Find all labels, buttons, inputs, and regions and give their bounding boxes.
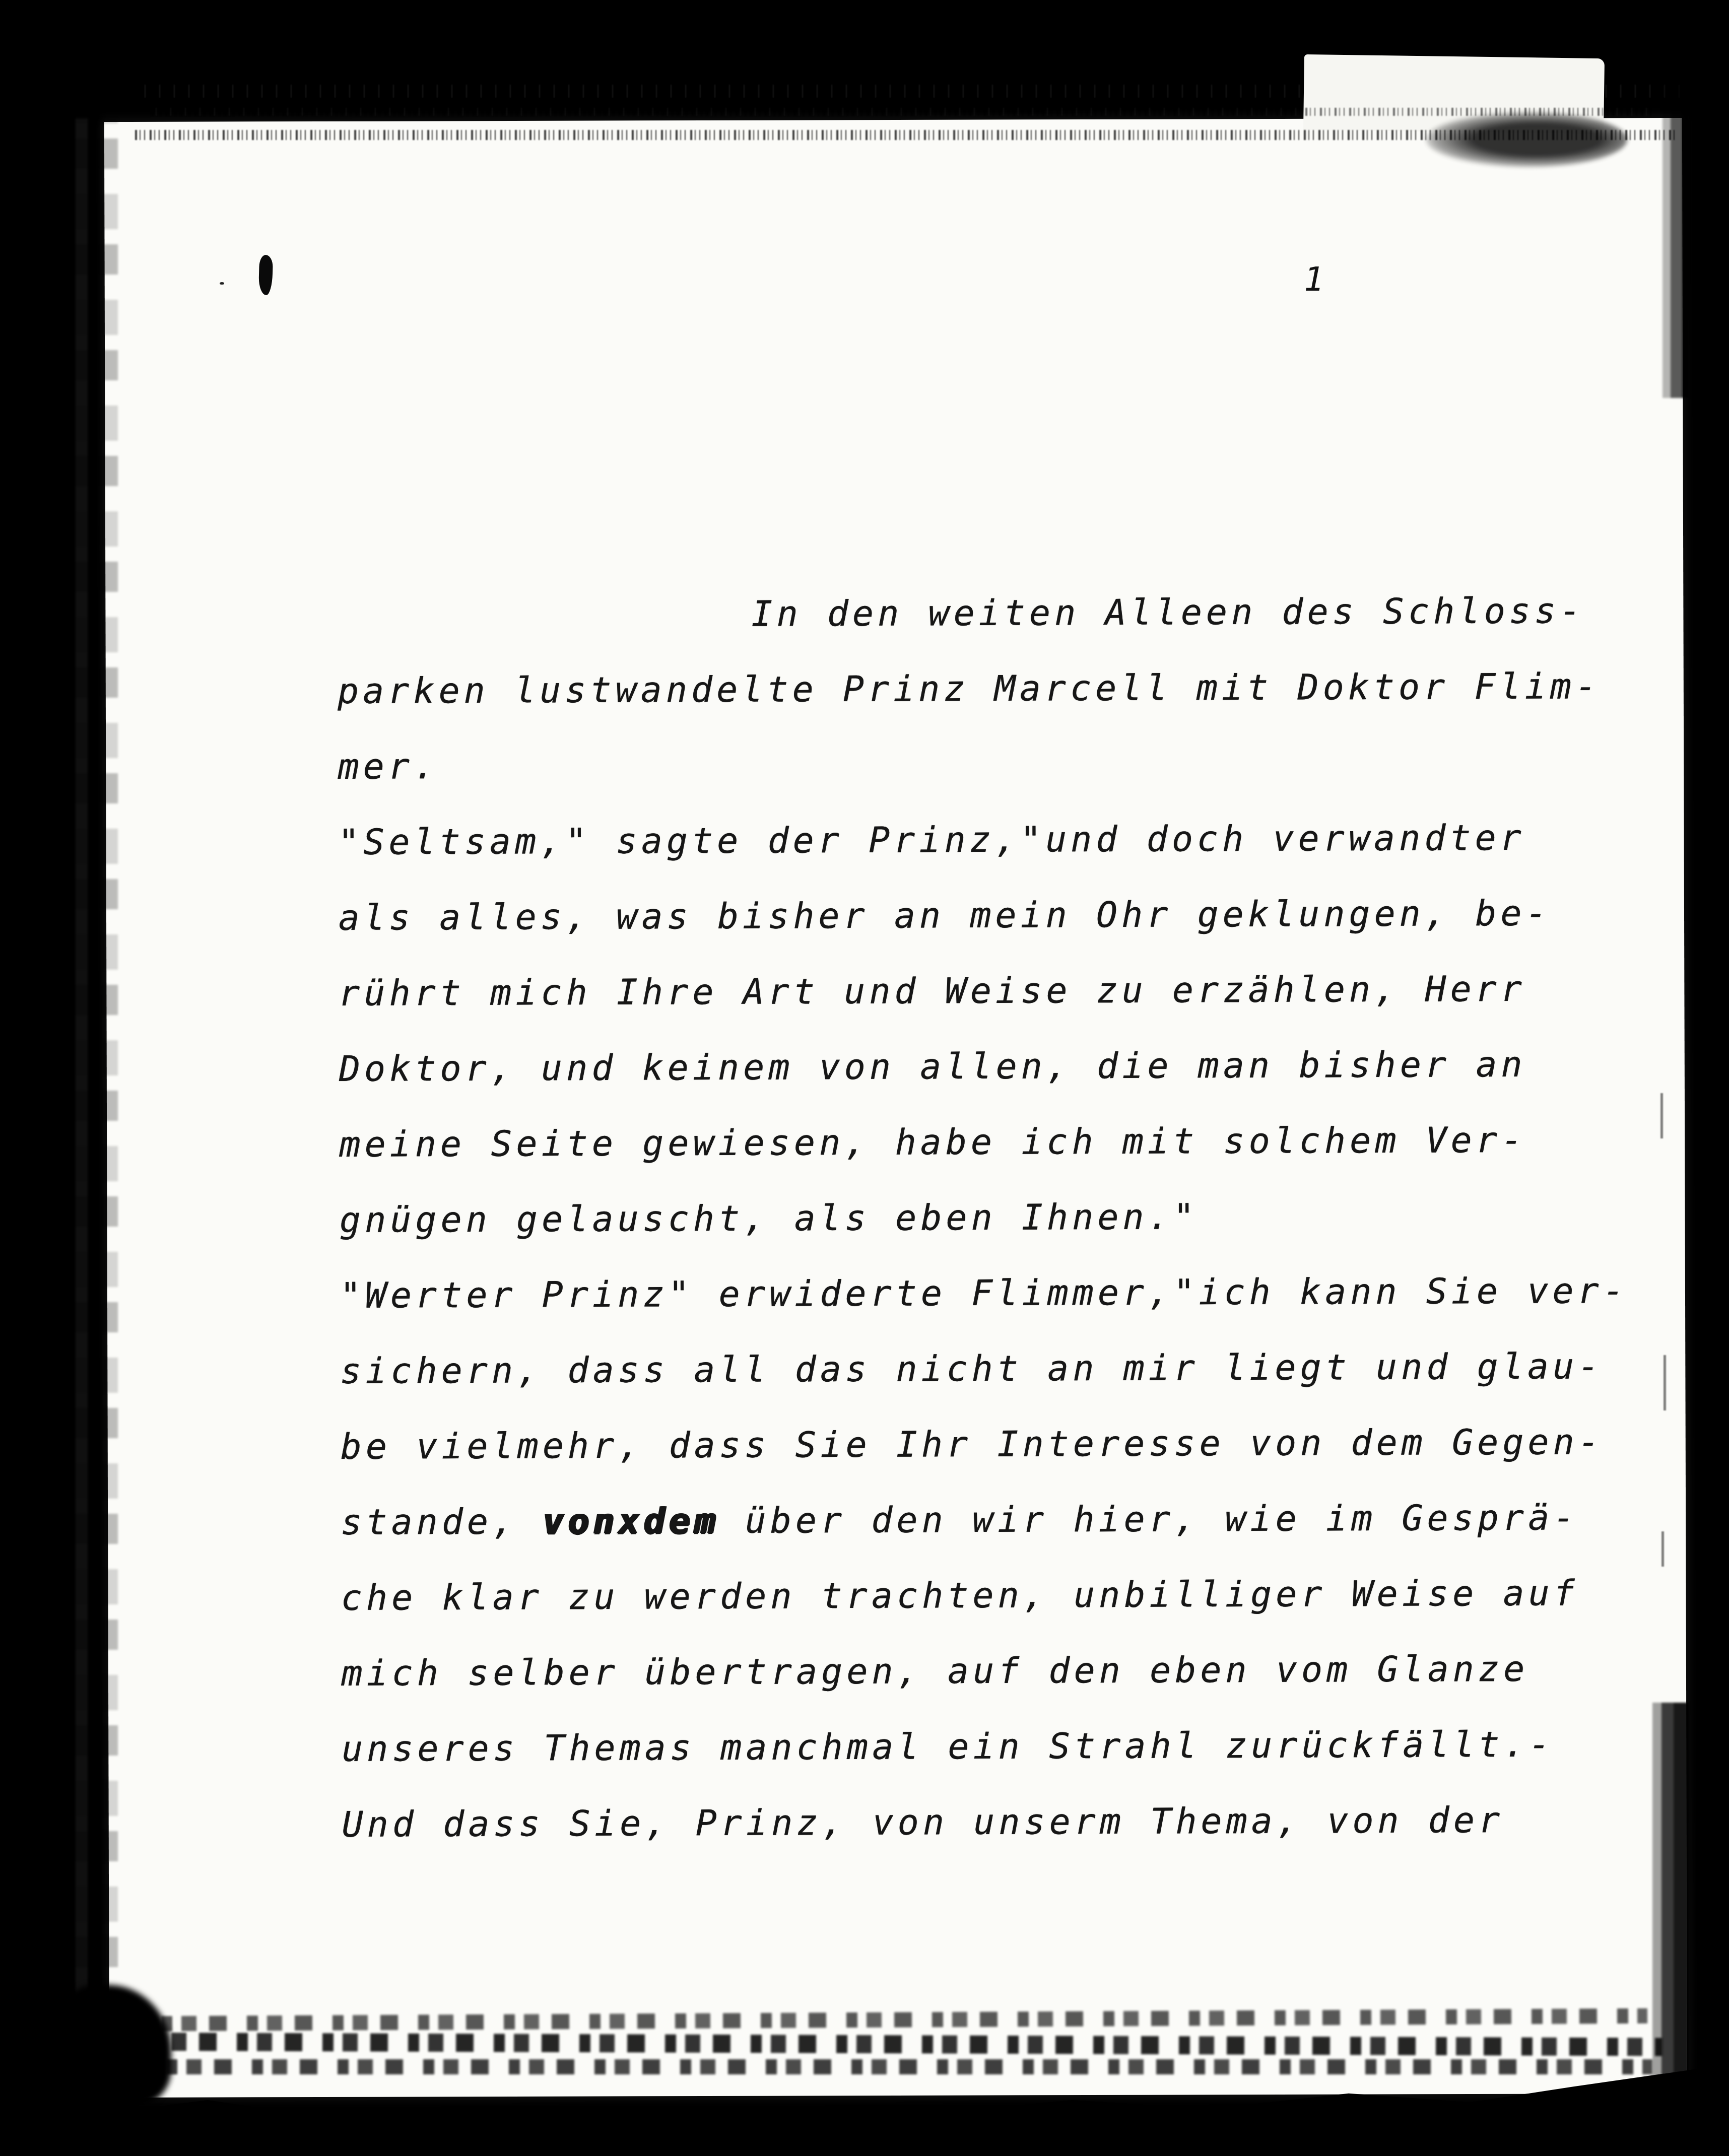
scan-artifact-smudge (1426, 112, 1627, 167)
text-line: mer. (338, 724, 1626, 804)
text-line: meine Seite gewiesen, habe ich mit solch… (339, 1102, 1628, 1182)
text-line: parken lustwandelte Prinz Marcell mit Do… (338, 648, 1626, 729)
text-line: Doktor, und keinem von allen, die man bi… (339, 1026, 1628, 1107)
text-line: stande, vonxdem über den wir hier, wie i… (341, 1479, 1629, 1560)
text-line: che klar zu werden trachten, unbilliger … (341, 1555, 1630, 1636)
text-line: "Seltsam," sagte der Prinz,"und doch ver… (338, 799, 1627, 880)
text-line: mich selber übertragen, auf den eben vom… (341, 1631, 1630, 1711)
text-line: sichern, dass all das nicht an mir liegt… (340, 1328, 1629, 1409)
overstruck-word: vonxdem (543, 1500, 719, 1542)
text-line: als alles, was bisher an mein Ohr geklun… (338, 875, 1627, 956)
text-line: "Werter Prinz" erwiderte Flimmer,"ich ka… (340, 1253, 1628, 1333)
scan-artifact-dash (1661, 1531, 1664, 1567)
typewritten-text: In den weiten Alleen des Schloss-parken … (337, 573, 1630, 1862)
scan-artifact-top-edge (151, 108, 1652, 116)
text-segment: stande, (341, 1501, 543, 1543)
text-line: be vielmehr, dass Sie Ihr Interesse von … (340, 1404, 1629, 1485)
text-line: rührt mich Ihre Art und Weise zu erzähle… (339, 951, 1627, 1031)
ink-speck (220, 282, 224, 285)
text-line: Und dass Sie, Prinz, von unserm Thema, v… (342, 1782, 1630, 1862)
scan-artifact-bottom-smudge (81, 2059, 1652, 2074)
scan-artifact-right-edge (1657, 76, 1689, 398)
scan-artifact-dash (1664, 1355, 1666, 1410)
page-number: 1 (1304, 260, 1326, 299)
scan-artifact-dash (1660, 1093, 1663, 1138)
text-line: In den weiten Alleen des Schloss- (337, 573, 1626, 653)
scanned-manuscript: 1 In den weiten Alleen des Schloss-parke… (0, 0, 1729, 2156)
text-line: unseres Themas manchmal ein Strahl zurüc… (342, 1706, 1630, 1787)
text-segment: über den wir hier, wie im Gesprä- (719, 1497, 1578, 1541)
text-line: gnügen gelauscht, als eben Ihnen." (340, 1177, 1628, 1258)
scan-artifact-left-edge (58, 118, 118, 2073)
